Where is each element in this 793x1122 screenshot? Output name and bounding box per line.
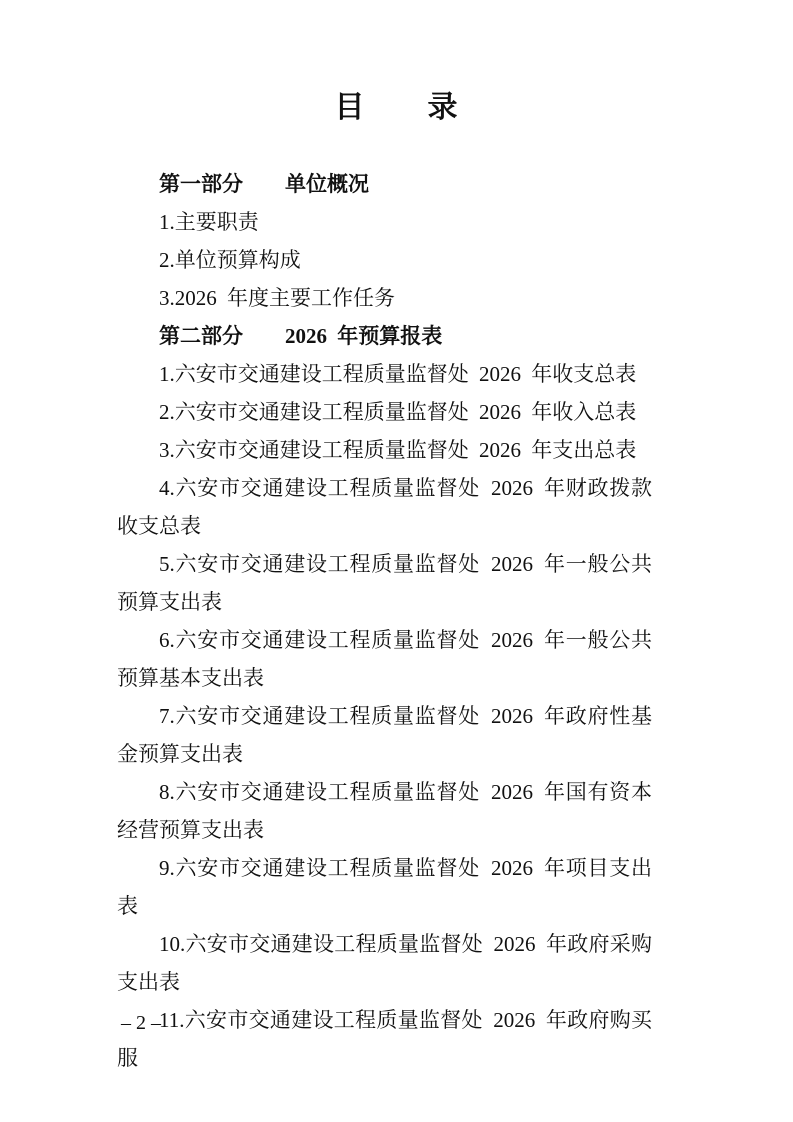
section-1-heading: 第一部分 单位概况 bbox=[117, 165, 652, 203]
toc-item: 4.六安市交通建设工程质量监督处 2026 年财政拨款收支总表 bbox=[117, 469, 652, 545]
toc-item: 11.六安市交通建设工程质量监督处 2026 年政府购买服 bbox=[117, 1001, 652, 1077]
toc-item: 2.单位预算构成 bbox=[117, 241, 652, 279]
toc-item: 7.六安市交通建设工程质量监督处 2026 年政府性基金预算支出表 bbox=[117, 697, 652, 773]
toc-item: 10.六安市交通建设工程质量监督处 2026 年政府采购支出表 bbox=[117, 925, 652, 1001]
document-page: 目 录 第一部分 单位概况 1.主要职责 2.单位预算构成 3.2026 年度主… bbox=[0, 0, 793, 1122]
section-2-heading: 第二部分 2026 年预算报表 bbox=[117, 317, 652, 355]
toc-item: 2.六安市交通建设工程质量监督处 2026 年收入总表 bbox=[117, 393, 652, 431]
toc-item: 1.主要职责 bbox=[117, 203, 652, 241]
toc-item: 9.六安市交通建设工程质量监督处 2026 年项目支出表 bbox=[117, 849, 652, 925]
toc-item: 5.六安市交通建设工程质量监督处 2026 年一般公共预算支出表 bbox=[117, 545, 652, 621]
page-title: 目 录 bbox=[0, 90, 793, 126]
toc-item: 3.六安市交通建设工程质量监督处 2026 年支出总表 bbox=[117, 431, 652, 469]
toc-item: 3.2026 年度主要工作任务 bbox=[117, 279, 652, 317]
toc-item: 1.六安市交通建设工程质量监督处 2026 年收支总表 bbox=[117, 355, 652, 393]
table-of-contents: 第一部分 单位概况 1.主要职责 2.单位预算构成 3.2026 年度主要工作任… bbox=[117, 165, 652, 1077]
toc-item: 6.六安市交通建设工程质量监督处 2026 年一般公共预算基本支出表 bbox=[117, 621, 652, 697]
page-number: – 2 – bbox=[121, 1008, 161, 1038]
toc-item: 8.六安市交通建设工程质量监督处 2026 年国有资本经营预算支出表 bbox=[117, 773, 652, 849]
